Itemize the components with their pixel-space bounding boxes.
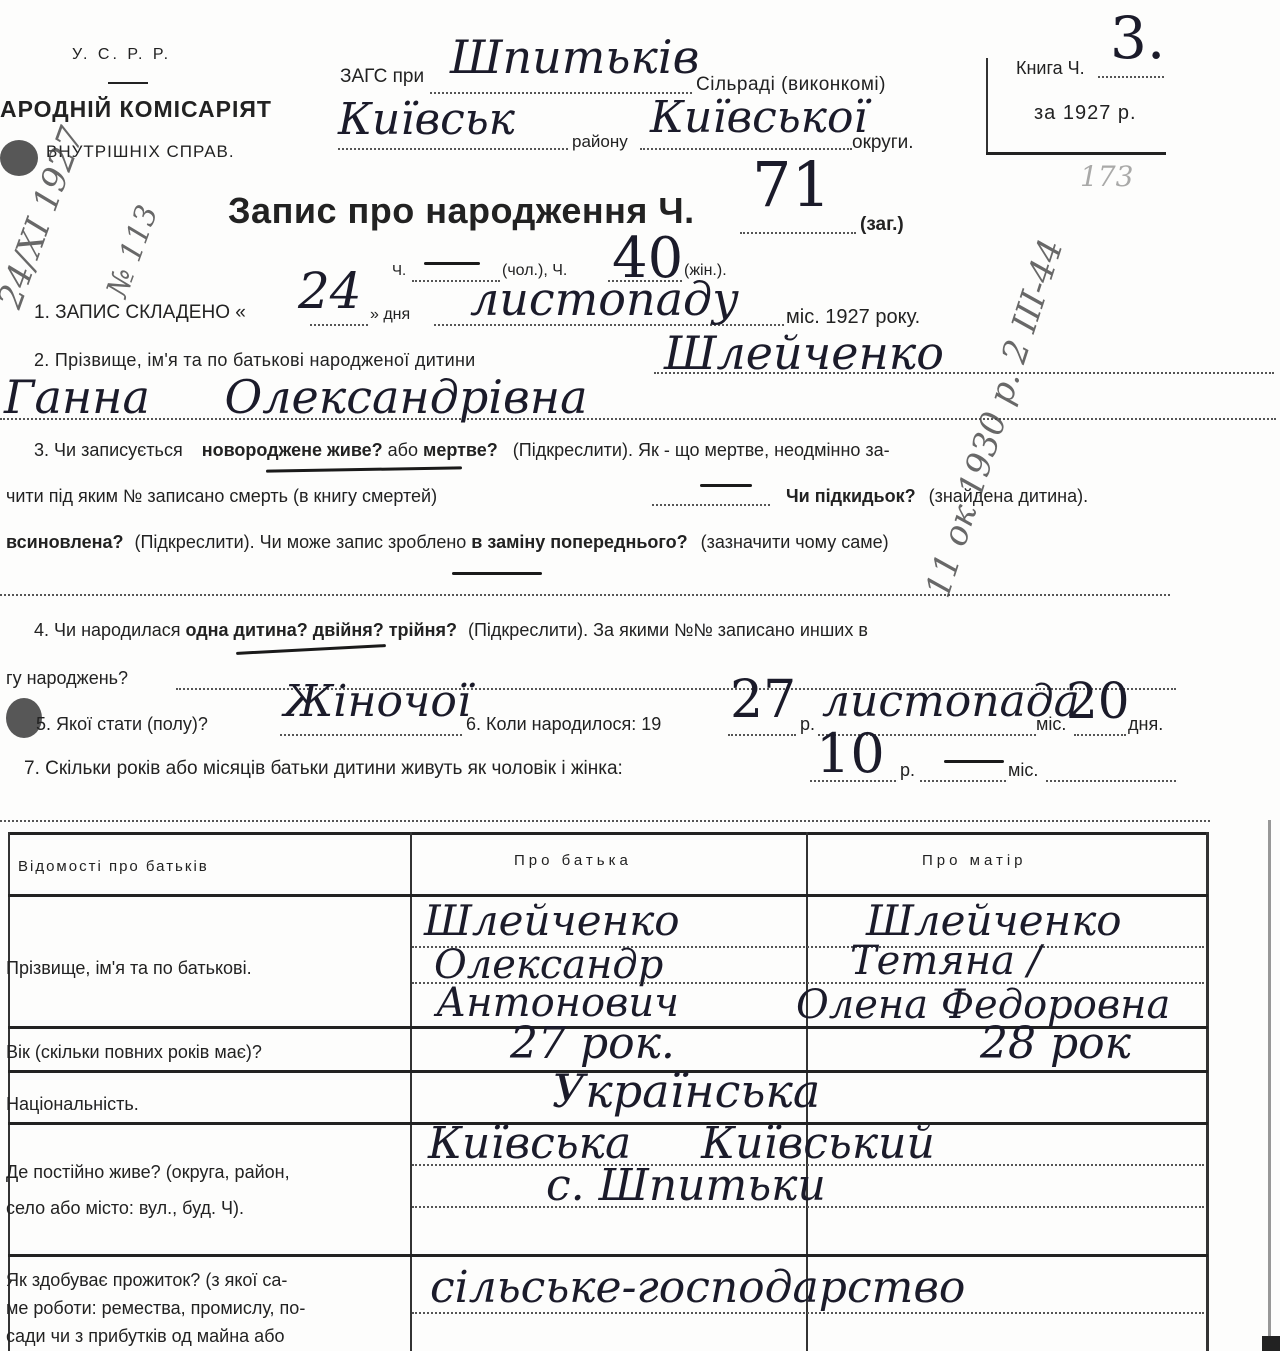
item3-text: або	[388, 440, 418, 460]
row-label-livelihood-2: ме роботи: ремества, промислу, по-	[6, 1298, 305, 1319]
item3-line2: чити під яким № записано смерть (в книгу…	[6, 486, 437, 507]
okruha-label: округи.	[852, 132, 914, 154]
table-top-dots	[0, 820, 1210, 822]
item1-day-value: 24	[298, 262, 362, 320]
years-suffix: р.	[900, 760, 915, 781]
father-age: 27 рок.	[510, 1018, 675, 1069]
table-column-divider-1	[410, 832, 412, 1351]
republic-label: У. С. Р. Р.	[72, 46, 171, 64]
option-adopted[interactable]: всиновлена?	[6, 532, 123, 552]
sex-field-line	[280, 734, 462, 736]
mother-age: 28 рок	[980, 1018, 1131, 1069]
divider	[108, 82, 148, 84]
table-header-father: Про батька	[514, 852, 632, 869]
option-alive-newborn[interactable]: новороджене живе?	[202, 440, 383, 460]
underline-alive-newborn	[266, 466, 462, 472]
book-pencil-note: 173	[1080, 160, 1133, 193]
item3-line3: всиновлена? (Підкреслити). Чи може запис…	[6, 532, 889, 553]
death-record-dash	[700, 484, 752, 487]
birth-day-value: 20	[1066, 672, 1130, 730]
row-label-nationality: Національність.	[6, 1094, 139, 1115]
sex-value: Жіночої	[284, 676, 471, 727]
zags-label: ЗАГС при	[340, 66, 424, 88]
book-number-value: 3.	[1110, 4, 1165, 72]
birth-day-suffix: дня.	[1128, 714, 1163, 735]
page-edge	[1268, 820, 1271, 1351]
row-dots	[412, 1206, 1204, 1208]
book-box-border-left	[986, 58, 988, 154]
total-number-value: 71	[752, 148, 831, 221]
row-dots	[412, 1312, 1204, 1314]
male-count-dash	[424, 262, 480, 265]
book-field-line	[1098, 76, 1164, 78]
item4-line1: 4. Чи народилася одна дитина? двійня? тр…	[34, 620, 868, 641]
father-surname: Шлейченко	[424, 896, 680, 945]
parents-livelihood: сільське-господарство	[430, 1262, 965, 1313]
item3-line4	[0, 594, 1170, 596]
table-header-mother: Про матір	[922, 852, 1027, 869]
item4-line2: гу народжень?	[6, 668, 128, 689]
table-border-top	[8, 832, 1208, 835]
total-label: (заг.)	[860, 214, 904, 236]
item7-label: 7. Скільки років або місяців батьки дити…	[24, 758, 623, 780]
book-year-label: за 1927 р.	[1034, 102, 1137, 125]
option-foundling[interactable]: Чи підкидьок?	[786, 486, 916, 506]
item3-text: (Підкреслити). Чи може запис зроблено	[135, 532, 467, 552]
child-name-value: Ганна Олександрівна	[4, 370, 588, 424]
item3-line2b: Чи підкидьок? (знайдена дитина).	[786, 486, 1088, 507]
okruha-value: Київської	[650, 92, 868, 143]
item1-day-label: » дня	[370, 306, 410, 324]
raion-label: району	[572, 132, 628, 152]
birth-year-suffix: р.	[800, 714, 815, 735]
row-label-residence-2: село або місто: вул., буд. Ч).	[6, 1198, 244, 1219]
item4-text: (Підкреслити). За якими №№ записано инши…	[468, 620, 868, 640]
item1-label: 1. ЗАПИС СКЛАДЕНО «	[34, 302, 246, 324]
total-number-line	[740, 232, 856, 234]
row-label-livelihood-1: Як здобуває прожиток? (з якої са-	[6, 1270, 287, 1291]
born-label: 6. Коли народилося: 19	[466, 714, 661, 735]
years-together-value: 10	[816, 722, 885, 785]
row-label-full-name: Прізвище, ім'я та по батькові.	[6, 958, 252, 979]
birth-day-line	[1074, 734, 1126, 736]
table-border-right	[1206, 832, 1209, 1351]
replacement-dash	[452, 572, 542, 575]
ink-stain	[0, 140, 38, 176]
birth-month-suffix: міс.	[1036, 714, 1066, 735]
raion-value: Київськ	[338, 94, 515, 145]
months-together-dash	[944, 760, 1004, 763]
zags-value: Шпитьків	[450, 30, 699, 84]
underline-single-child	[236, 644, 386, 655]
row-label-livelihood-3: сади чи з прибутків од майна або	[6, 1326, 285, 1347]
death-record-line	[652, 504, 770, 506]
months-trailing-line	[1046, 780, 1176, 782]
item3-line1: 3. Чи записується новороджене живе? або …	[34, 440, 890, 461]
months-together-line	[920, 780, 1006, 782]
mother-first-name: Тетяна /	[850, 938, 1041, 984]
birth-year-value: 27	[730, 670, 796, 730]
item3-text: 3. Чи записується	[34, 440, 183, 460]
item2-label: 2. Прізвище, ім'я та по батькові народже…	[34, 350, 476, 371]
item1-day-line	[310, 324, 368, 326]
book-box-border-bottom	[986, 152, 1166, 155]
table-header-info: Відомості про батьків	[18, 858, 209, 875]
parents-residence-village: с. Шпитьки	[546, 1160, 826, 1211]
option-birth-count[interactable]: одна дитина? двійня? трійня?	[185, 620, 457, 640]
row-label-residence-1: Де постійно живе? (округа, район,	[6, 1162, 290, 1183]
commissariat-title: АРОДНІЙ КОМІСАРІЯТ	[0, 96, 272, 123]
sex-label: 5. Якої стати (полу)?	[36, 714, 208, 735]
option-stillborn[interactable]: мертве?	[423, 440, 498, 460]
item3-text: чити під яким № записано смерть (в книгу…	[6, 486, 437, 506]
raion-field-line	[338, 148, 568, 150]
child-surname-value: Шлейченко	[664, 326, 944, 380]
book-label: Книга Ч.	[1016, 58, 1085, 79]
months-suffix: міс.	[1008, 760, 1038, 781]
item3-text: (зазначити чому саме)	[701, 532, 889, 552]
margin-number-note: № 113	[100, 201, 165, 302]
row-border	[8, 1254, 1208, 1257]
male-prefix: Ч.	[392, 262, 406, 279]
item3-text: (Підкреслити). Як - що мертве, неодмінно…	[513, 440, 890, 460]
birth-year-line	[728, 734, 796, 736]
item1-month-value: листопаду	[470, 272, 739, 326]
corner-mark	[1262, 1336, 1280, 1351]
option-replacement[interactable]: в заміну попереднього?	[471, 532, 687, 552]
parents-nationality: Українська	[552, 1064, 820, 1118]
row-label-age: Вік (скільки повних років має)?	[6, 1042, 262, 1063]
item4-text: 4. Чи народилася	[34, 620, 180, 640]
